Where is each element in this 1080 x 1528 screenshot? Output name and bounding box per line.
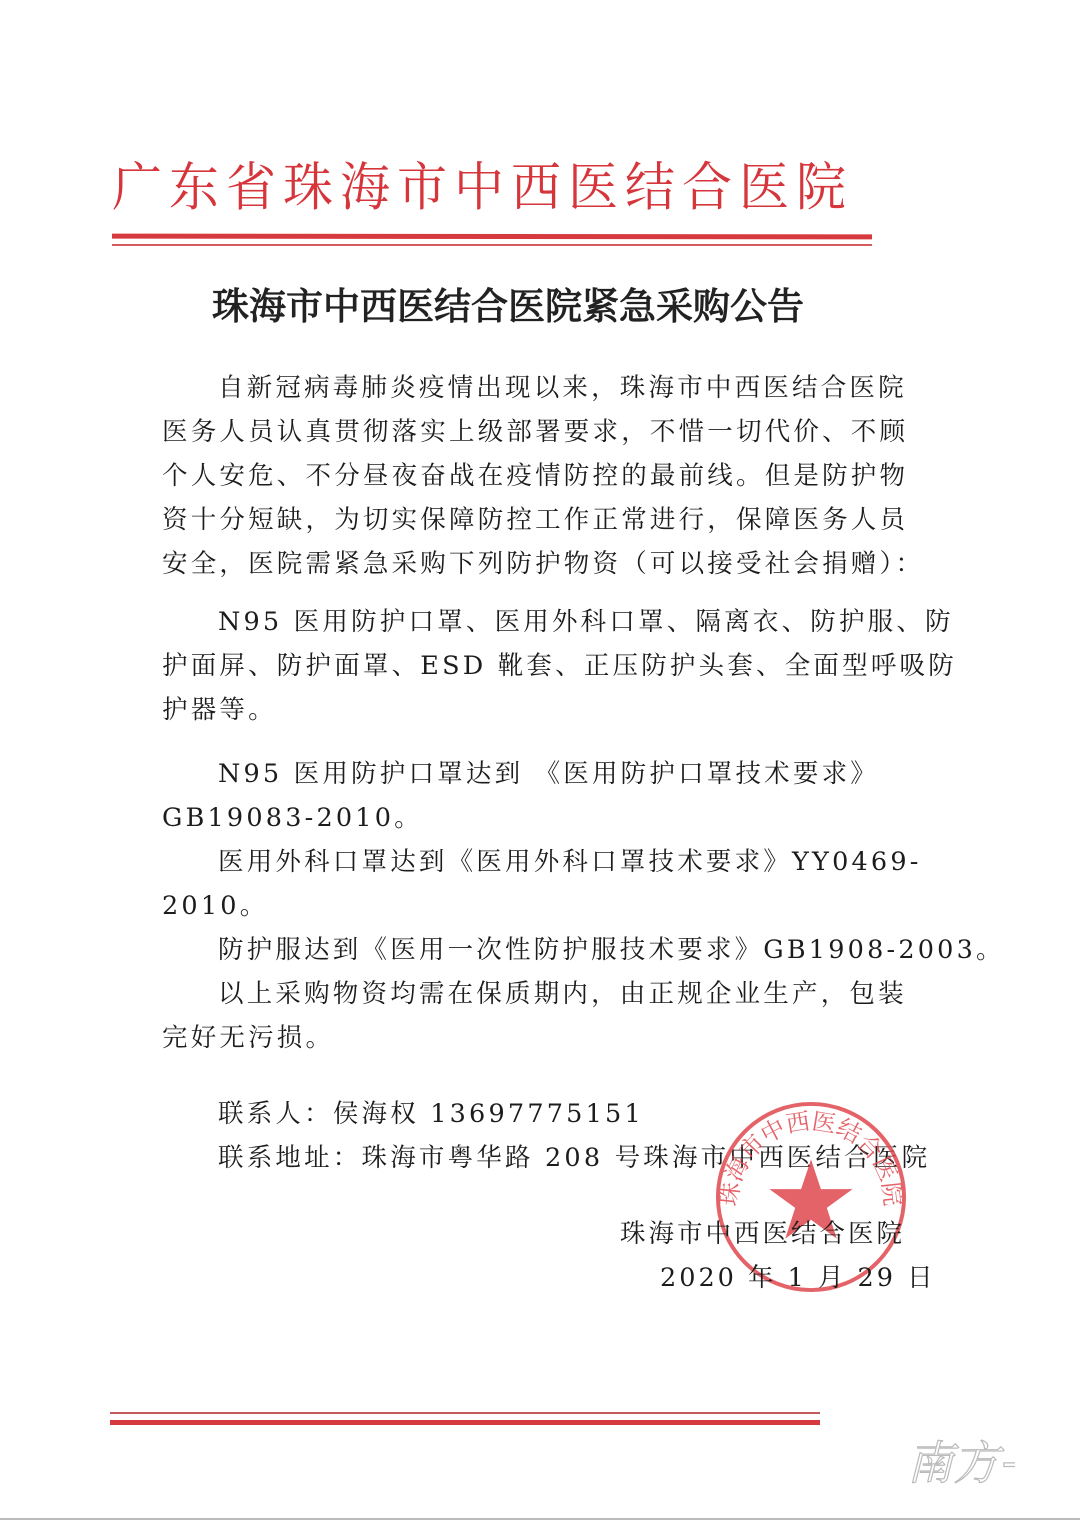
footer-divider-thick (110, 1420, 820, 1425)
letterhead-org-name: 广东省珠海市中西医结合医院 (112, 150, 872, 224)
text-line: 防护服达到《医用一次性防护服技术要求》GB1908-2003。 (162, 928, 922, 972)
text-line: 完好无污损。 (162, 1016, 922, 1060)
paragraph-intro: 自新冠病毒肺炎疫情出现以来，珠海市中西医结合医院 医务人员认真贯彻落实上级部署要… (162, 366, 922, 586)
paragraph-items-list: N95 医用防护口罩、医用外科口罩、隔离衣、防护服、防 护面屏、防护面罩、ESD… (162, 600, 922, 732)
signature-org: 珠海市中西医结合医院 (620, 1214, 905, 1250)
svg-text:南方+: 南方+ (907, 1436, 1015, 1490)
text-line: GB19083-2010。 (162, 796, 922, 840)
text-line: 安全，医院需紧急采购下列防护物资（可以接受社会捐赠）： (162, 542, 922, 586)
text-line: 医务人员认真贯彻落实上级部署要求，不惜一切代价、不顾 (162, 410, 922, 454)
contact-block: 联系人：侯海权 13697775151 联系地址：珠海市粤华路 208 号珠海市… (162, 1092, 922, 1180)
contact-address: 联系地址：珠海市粤华路 208 号珠海市中西医结合医院 (162, 1136, 922, 1180)
text-line: N95 医用防护口罩、医用外科口罩、隔离衣、防护服、防 (162, 600, 922, 644)
nanfang-plus-watermark-icon: 南方+ (905, 1415, 1015, 1495)
text-line: 个人安危、不分昼夜奋战在疫情防控的最前线。但是防护物 (162, 454, 922, 498)
text-line: 自新冠病毒肺炎疫情出现以来，珠海市中西医结合医院 (162, 366, 922, 410)
text-line: 医用外科口罩达到《医用外科口罩技术要求》YY0469- (162, 840, 922, 884)
document-title: 珠海市中西医结合医院紧急采购公告 (212, 276, 872, 330)
footer-divider-thin (110, 1412, 820, 1414)
text-line: 2010。 (162, 884, 922, 928)
signature-date: 2020 年 1 月 29 日 (660, 1258, 936, 1294)
page-bottom-edge (0, 1518, 1080, 1520)
text-line: 资十分短缺，为切实保障防控工作正常进行，保障医务人员 (162, 498, 922, 542)
letterhead-divider-thick (112, 234, 872, 240)
text-line: N95 医用防护口罩达到 《医用防护口罩技术要求》 (162, 752, 922, 796)
text-line: 护面屏、防护面罩、ESD 靴套、正压防护头套、全面型呼吸防 (162, 644, 922, 688)
paragraph-standards: N95 医用防护口罩达到 《医用防护口罩技术要求》 GB19083-2010。 … (162, 752, 922, 1060)
letterhead-divider-thin (112, 244, 872, 246)
contact-person: 联系人：侯海权 13697775151 (162, 1092, 922, 1136)
text-line: 护器等。 (162, 688, 922, 732)
text-line: 以上采购物资均需在保质期内，由正规企业生产，包装 (162, 972, 922, 1016)
